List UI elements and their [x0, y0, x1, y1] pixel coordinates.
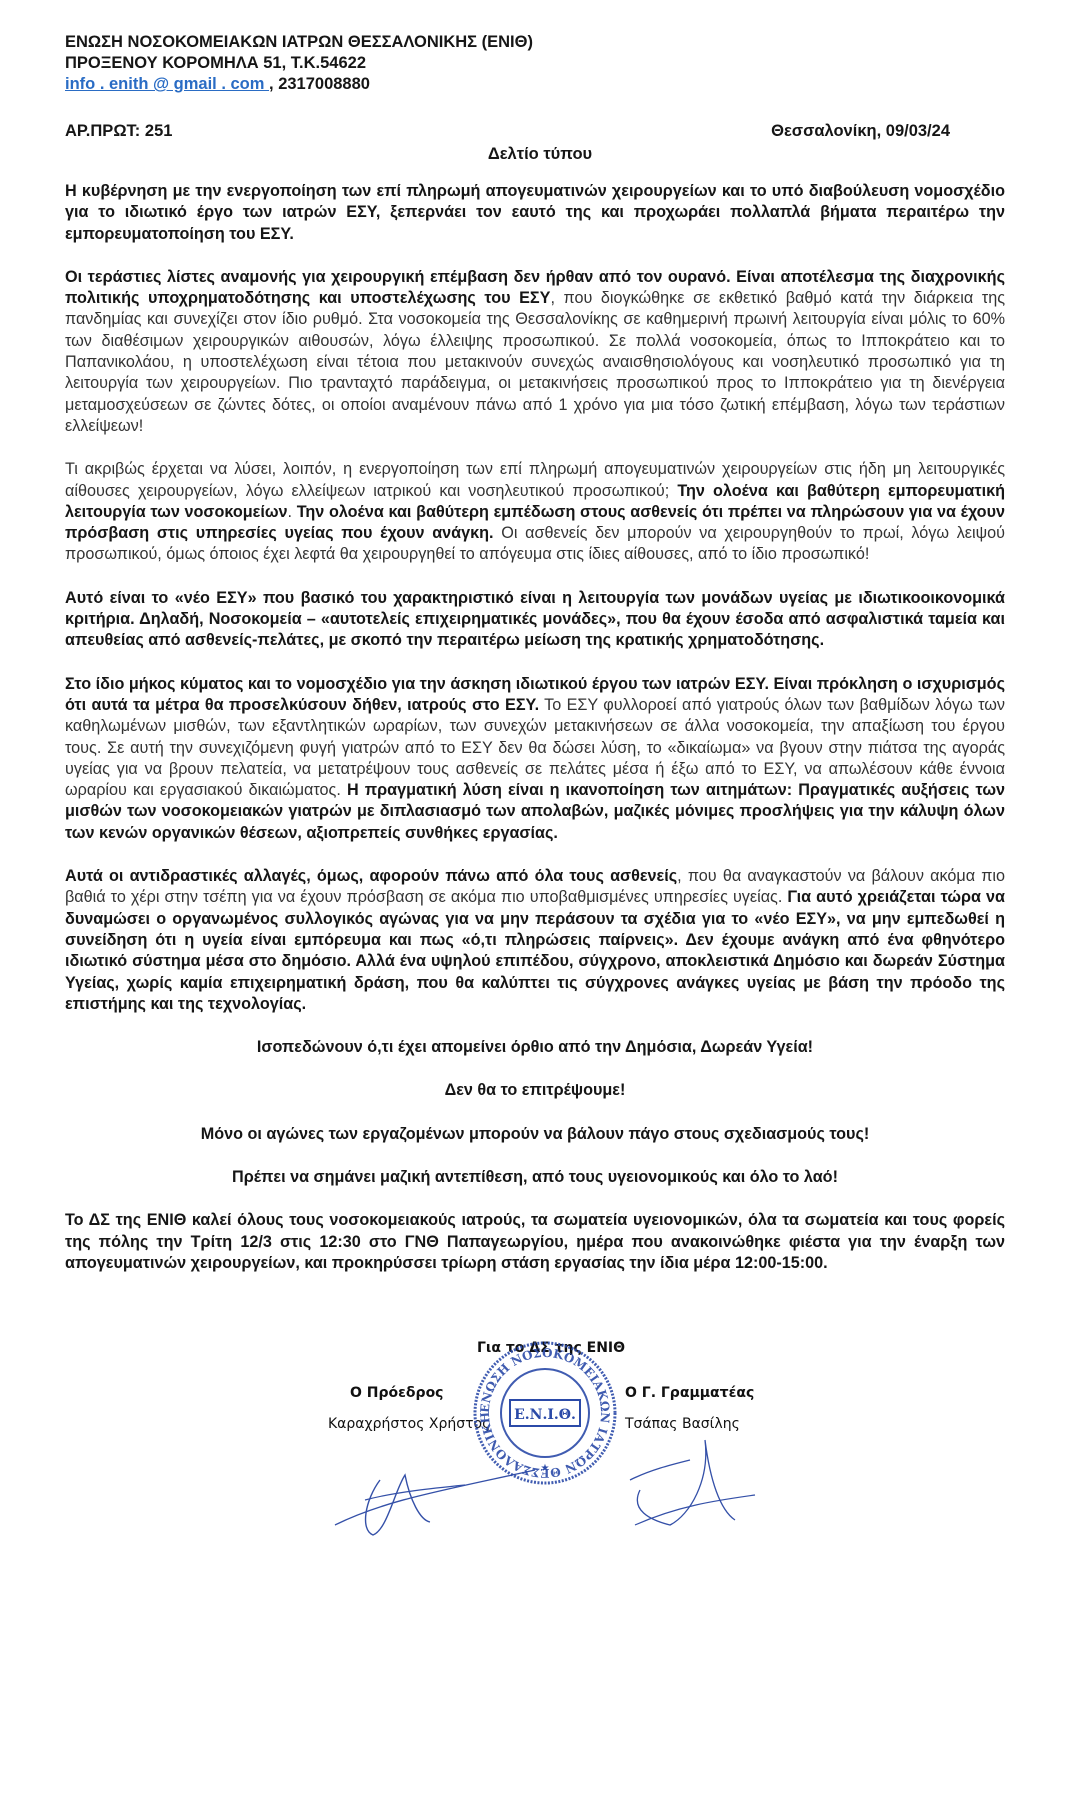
phone-number: , 2317008880 [269, 75, 370, 93]
p2-normal: , που διογκώθηκε σε εκθετικό βαθμό κατά … [65, 289, 1005, 435]
paragraph-4: Αυτό είναι το «νέο ΕΣΥ» που βασικό του χ… [65, 588, 1005, 652]
slogans: Ισοπεδώνουν ό,τι έχει απομείνει όρθιο απ… [65, 1037, 1005, 1188]
p1-text: Η κυβέρνηση με την ενεργοποίηση των επί … [65, 182, 1005, 243]
paragraph-6: Αυτά οι αντιδραστικές αλλαγές, όμως, αφο… [65, 866, 1005, 1015]
place-date: Θεσσαλονίκη, 09/03/24 [771, 122, 950, 141]
document-title: Δελτίο τύπου [0, 145, 1080, 164]
p4-text: Αυτό είναι το «νέο ΕΣΥ» που βασικό του χ… [65, 589, 1005, 650]
org-address: ΠΡΟΞΕΝΟΥ ΚΟΡΟΜΗΛΑ 51, Τ.Κ.54622 [65, 53, 366, 74]
secretary-name: Τσάπας Βασίλης [625, 1416, 740, 1432]
secretary-signature-icon [610, 1420, 760, 1530]
president-title: Ο Πρόεδρος [350, 1385, 443, 1401]
paragraph-2: Οι τεράστιες λίστες αναμονής για χειρουρ… [65, 267, 1005, 437]
slogan: Δεν θα το επιτρέψουμε! [65, 1080, 1005, 1101]
press-release-body: Η κυβέρνηση με την ενεργοποίηση των επί … [65, 181, 1005, 1296]
protocol-number: ΑΡ.ΠΡΩΤ: 251 [65, 122, 172, 141]
contact-line: info . enith @ gmail . com , 2317008880 [65, 74, 370, 95]
union-stamp-icon: ΕΝΩΣΗ ΝΟΣΟΚΟΜΕΙΑΚΩΝ ΙΑΤΡΩΝ ΘΕΣΣΑΛΟΝΙΚΗΣ … [470, 1338, 620, 1488]
svg-text:★: ★ [541, 1463, 550, 1474]
p3-dot: . [288, 503, 297, 521]
secretary-title: Ο Γ. Γραμματέας [625, 1385, 754, 1401]
p6-bold: Αυτά οι αντιδραστικές αλλαγές, όμως, αφο… [65, 867, 677, 885]
slogan: Ισοπεδώνουν ό,τι έχει απομείνει όρθιο απ… [65, 1037, 1005, 1058]
stamp-center-text: Ε.Ν.Ι.Θ. [514, 1407, 576, 1423]
paragraph-3: Τι ακριβώς έρχεται να λύσει, λοιπόν, η ε… [65, 459, 1005, 565]
slogan: Πρέπει να σημάνει μαζική αντεπίθεση, από… [65, 1167, 1005, 1188]
paragraph-1: Η κυβέρνηση με την ενεργοποίηση των επί … [65, 181, 1005, 245]
org-name: ΕΝΩΣΗ ΝΟΣΟΚΟΜΕΙΑΚΩΝ ΙΑΤΡΩΝ ΘΕΣΣΑΛΟΝΙΚΗΣ … [65, 32, 533, 53]
closing-call: Το ΔΣ της ΕΝΙΘ καλεί όλους τους νοσοκομε… [65, 1210, 1005, 1274]
paragraph-5: Στο ίδιο μήκος κύματος και το νομοσχέδιο… [65, 674, 1005, 844]
email-link[interactable]: info . enith @ gmail . com [65, 75, 269, 93]
p6-bold-2: Για αυτό χρειάζεται τώρα να δυναμώσει ο … [65, 888, 1005, 1012]
president-name: Καραχρήστος Χρήστος [328, 1416, 490, 1432]
slogan: Μόνο οι αγώνες των εργαζομένων μπορούν ν… [65, 1124, 1005, 1145]
